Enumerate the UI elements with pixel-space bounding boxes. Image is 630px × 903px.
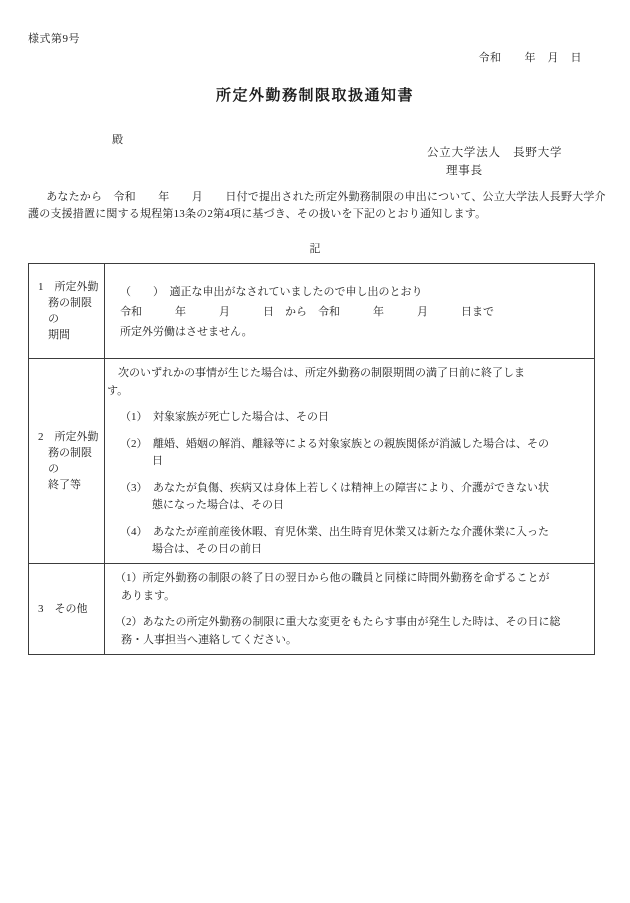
other-item-1: （1）所定外勤務の制限の終了日の翌日から他の職員と同様に時間外勤務を命ずることが…: [115, 570, 588, 605]
other-content-cell: （1）所定外勤務の制限の終了日の翌日から他の職員と同様に時間外勤務を命ずることが…: [105, 563, 595, 654]
issue-date-line: 令和 年 月 日: [479, 49, 583, 65]
notice-table: 1 所定外勤 務の制限の 期間 （ ） 適正な申出がなされていましたので申し出の…: [28, 263, 595, 655]
body-paragraph: あなたから 令和 年 月 日付で提出された所定外勤務制限の申出について、公立大学…: [28, 189, 606, 222]
issuer-position: 理事長: [446, 162, 483, 178]
document-title: 所定外勤務制限取扱通知書: [0, 84, 630, 105]
restriction-period-text: （ ） 適正な申出がなされていましたので申し出のとおり 令和 年 月 日 から …: [120, 282, 588, 342]
other-label-cell: 3 その他: [29, 563, 105, 654]
table-row-other: 3 その他 （1）所定外勤務の制限の終了日の翌日から他の職員と同様に時間外勤務を…: [29, 563, 595, 654]
restriction-end-item-4: （4） あなたが産前産後休暇、育児休業、出生時育児休業又は新たな介護休業に入った…: [120, 524, 588, 559]
addressee-honorific: 殿: [112, 131, 123, 147]
other-item-2: （2）あなたの所定外勤務の制限に重大な変更をもたらす事由が発生した時は、その日に…: [115, 614, 588, 649]
restriction-end-label-cell: 2 所定外勤 務の制限の 終了等: [29, 359, 105, 564]
issuer-organization: 公立大学法人 長野大学: [427, 144, 562, 160]
row-label: 3 その他: [38, 601, 102, 617]
restriction-end-item-1: （1） 対象家族が死亡した場合は、その日: [120, 409, 588, 427]
record-marker: 記: [0, 240, 630, 256]
restriction-end-item-2: （2） 離婚、婚姻の解消、離縁等による対象家族との親族関係が消滅した場合は、その…: [120, 436, 588, 471]
row-label: 1 所定外勤 務の制限の 期間: [38, 279, 102, 343]
table-row-restriction-period: 1 所定外勤 務の制限の 期間 （ ） 適正な申出がなされていましたので申し出の…: [29, 264, 595, 359]
row-label: 2 所定外勤 務の制限の 終了等: [38, 429, 102, 493]
form-number: 様式第9号: [28, 30, 80, 46]
table-row-restriction-end: 2 所定外勤 務の制限の 終了等 次のいずれかの事情が生じた場合は、所定外勤務の…: [29, 359, 595, 564]
restriction-period-content-cell: （ ） 適正な申出がなされていましたので申し出のとおり 令和 年 月 日 から …: [105, 264, 595, 359]
restriction-period-label-cell: 1 所定外勤 務の制限の 期間: [29, 264, 105, 359]
restriction-end-item-3: （3） あなたが負傷、疾病又は身体上若しくは精神上の障害により、介護ができない状…: [120, 480, 588, 515]
notice-document-page: 様式第9号 令和 年 月 日 所定外勤務制限取扱通知書 殿 公立大学法人 長野大…: [0, 0, 630, 903]
restriction-end-intro: 次のいずれかの事情が生じた場合は、所定外勤務の制限期間の満了日前に終了しま す。: [107, 365, 588, 400]
restriction-end-content-cell: 次のいずれかの事情が生じた場合は、所定外勤務の制限期間の満了日前に終了しま す。…: [105, 359, 595, 564]
